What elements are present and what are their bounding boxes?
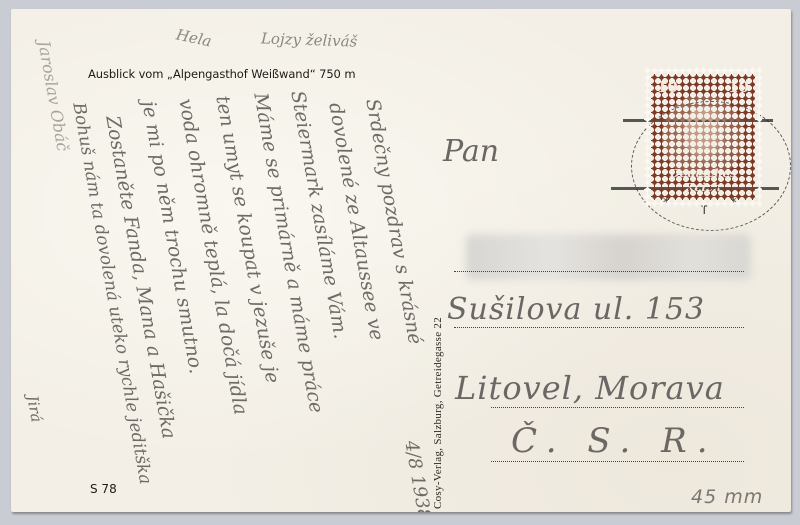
postcard-back: Ausblick vom „Alpengasthof Weißwand“ 750… [11,9,791,512]
address-line [454,271,744,272]
message-date: 4/8 1938 [400,439,435,512]
address-line [491,461,744,462]
address-line [491,407,744,408]
address-line [454,327,744,328]
stamp-value-left: 10 [657,78,678,96]
top-note-1: Hela [175,25,214,50]
top-note-2: Lojzy želiváš [261,29,358,50]
address-salutation: Pan [443,134,499,169]
message-line: Jaroslav Obáč [34,39,72,153]
size-note: 45 mm [691,486,763,508]
redacted-name [466,234,751,280]
series-number: S 78 [90,482,117,496]
card-caption: Ausblick vom „Alpengasthof Weißwand“ 750… [88,67,355,81]
postage-stamp: 10 10 Deutsches Reich [644,67,762,207]
publisher-imprint: Cosy-Verlag, Salzburg, Getreidegasse 22 [432,317,444,509]
stamp-value-right: 10 [728,78,749,96]
address-street: Sušilova ul. 153 [447,292,705,327]
address-city: Litovel, Morava [455,369,725,407]
stamp-country: Deutsches Reich [651,166,755,194]
address-country: Č. S. R. [511,421,718,461]
signature: Jirá [23,394,45,424]
